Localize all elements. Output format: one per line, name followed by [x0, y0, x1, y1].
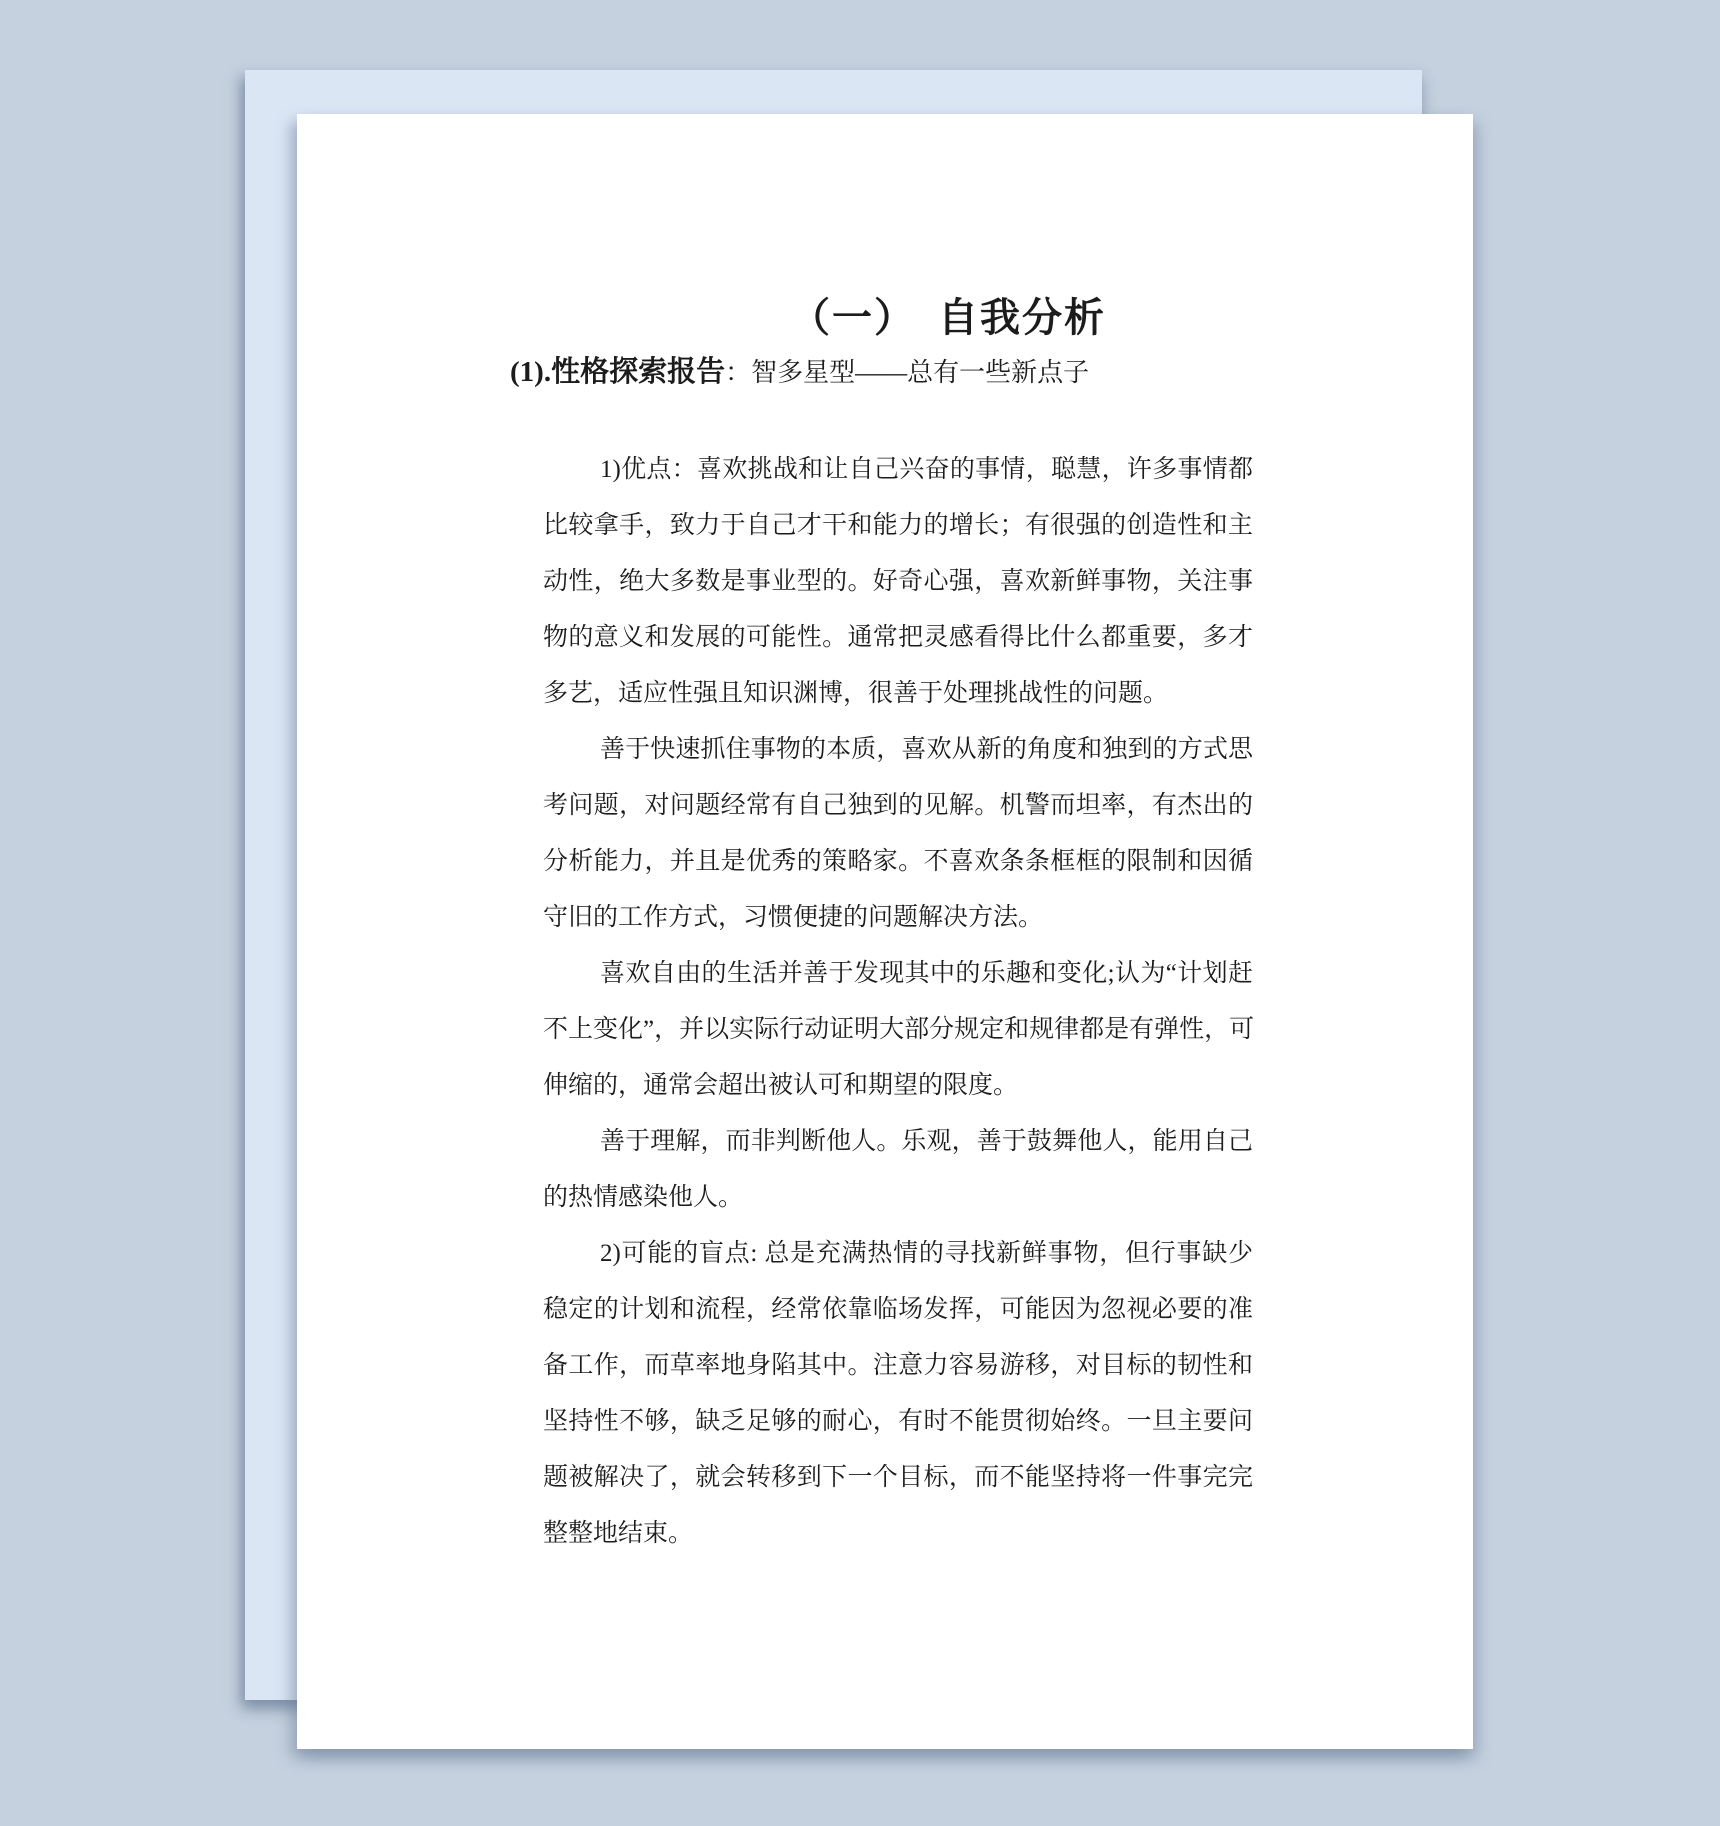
body-line: 题被解决了，就会转移到下一个目标，而不能坚持将一件事完完: [543, 1450, 1253, 1506]
document-subtitle: (1).性格探索报告：智多星型——总有一些新点子: [510, 350, 1410, 399]
body-line: 备工作，而草率地身陷其中。注意力容易游移，对目标的韧性和: [543, 1338, 1253, 1394]
subtitle-separator: ：: [725, 358, 751, 387]
body-line: 伸缩的，通常会超出被认可和期望的限度。: [543, 1058, 1253, 1114]
body-line: 的热情感染他人。: [543, 1170, 1253, 1226]
body-line: 善于快速抓住事物的本质，喜欢从新的角度和独到的方式思: [543, 722, 1253, 778]
document-body: 1)优点：喜欢挑战和让自己兴奋的事情，聪慧，许多事情都比较拿手，致力于自己才干和…: [543, 442, 1253, 1562]
body-line: 物的意义和发展的可能性。通常把灵感看得比什么都重要，多才: [543, 610, 1253, 666]
body-line: 比较拿手，致力于自己才干和能力的增长；有很强的创造性和主: [543, 498, 1253, 554]
body-line: 守旧的工作方式，习惯便捷的问题解决方法。: [543, 890, 1253, 946]
document-page: （一） 自我分析 (1).性格探索报告：智多星型——总有一些新点子 1)优点：喜…: [297, 114, 1473, 1749]
body-line: 坚持性不够，缺乏足够的耐心，有时不能贯彻始终。一旦主要问: [543, 1394, 1253, 1450]
body-line: 喜欢自由的生活并善于发现其中的乐趣和变化;认为“计划赶: [543, 946, 1253, 1002]
document-title: （一） 自我分析: [593, 292, 1303, 344]
body-line: 稳定的计划和流程，经常依靠临场发挥，可能因为忽视必要的准: [543, 1282, 1253, 1338]
body-line: 1)优点：喜欢挑战和让自己兴奋的事情，聪慧，许多事情都: [543, 442, 1253, 498]
body-line: 动性，绝大多数是事业型的。好奇心强，喜欢新鲜事物，关注事: [543, 554, 1253, 610]
body-line: 多艺，适应性强且知识渊博，很善于处理挑战性的问题。: [543, 666, 1253, 722]
body-line: 考问题，对问题经常有自己独到的见解。机警而坦率，有杰出的: [543, 778, 1253, 834]
subtitle-label: (1).性格探索报告: [510, 356, 725, 388]
body-line: 善于理解，而非判断他人。乐观，善于鼓舞他人，能用自己: [543, 1114, 1253, 1170]
body-line: 分析能力，并且是优秀的策略家。不喜欢条条框框的限制和因循: [543, 834, 1253, 890]
body-line: 不上变化”，并以实际行动证明大部分规定和规律都是有弹性，可: [543, 1002, 1253, 1058]
subtitle-value: 智多星型——总有一些新点子: [751, 358, 1089, 387]
body-line: 2)可能的盲点: 总是充满热情的寻找新鲜事物，但行事缺少: [543, 1226, 1253, 1282]
body-line: 整整地结束。: [543, 1506, 1253, 1562]
desk-background: （一） 自我分析 (1).性格探索报告：智多星型——总有一些新点子 1)优点：喜…: [0, 0, 1720, 1826]
